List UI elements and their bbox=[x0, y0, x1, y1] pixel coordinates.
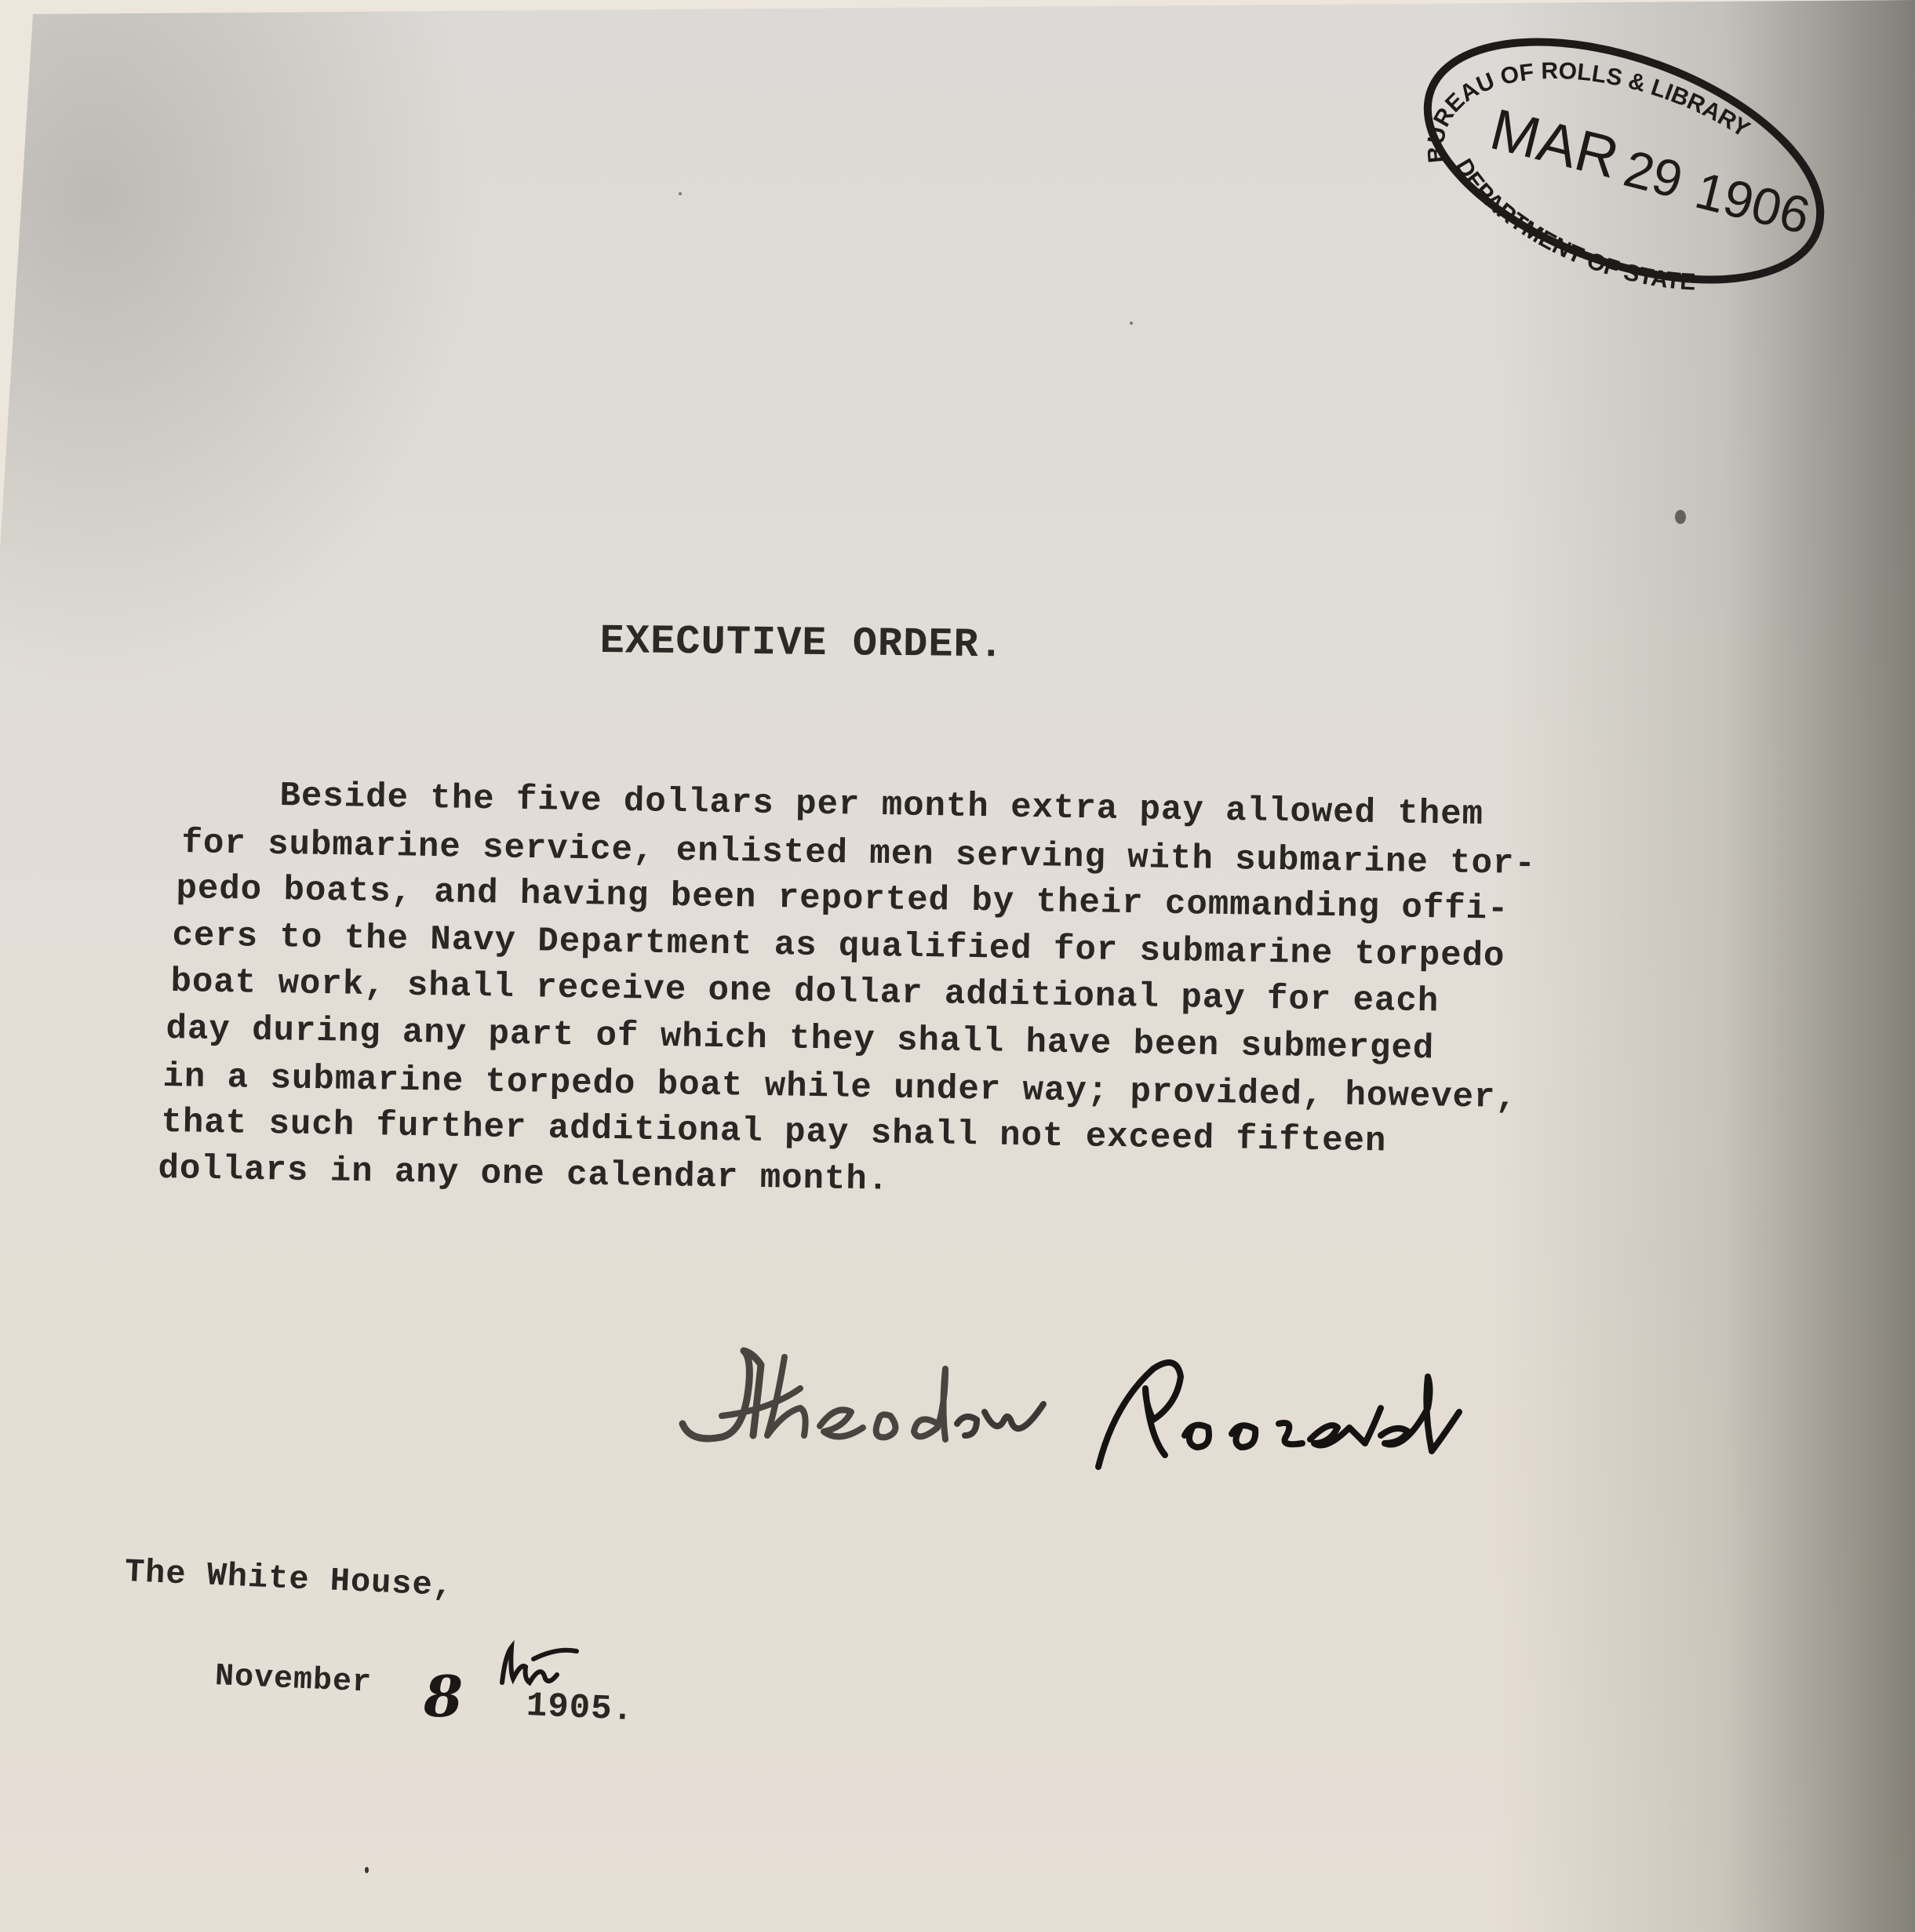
date-suffix-handwritten-icon bbox=[494, 1639, 588, 1694]
stamp-date-year: 1906 bbox=[1690, 161, 1815, 245]
stamp-date-month: MAR bbox=[1484, 96, 1626, 190]
paper-speck bbox=[679, 192, 682, 195]
paper-speck bbox=[1675, 510, 1686, 524]
document-title: EXECUTIVE ORDER. bbox=[599, 618, 1004, 668]
date-month: November bbox=[214, 1659, 373, 1701]
photo-frame: BUREAU OF ROLLS & LIBRARY DEPARTMENT OF … bbox=[0, 0, 1915, 1932]
date-day-handwritten: 8 bbox=[424, 1663, 463, 1730]
paper-speck bbox=[1130, 322, 1133, 325]
received-stamp: BUREAU OF ROLLS & LIBRARY DEPARTMENT OF … bbox=[1404, 31, 1844, 290]
date-year: 1905. bbox=[526, 1686, 635, 1730]
signature: Theodore Roosevelt bbox=[675, 1333, 1915, 1490]
paper-speck bbox=[365, 1867, 369, 1873]
signature-scribble-icon bbox=[675, 1333, 1915, 1490]
stamp-date-day: 29 bbox=[1618, 139, 1688, 209]
